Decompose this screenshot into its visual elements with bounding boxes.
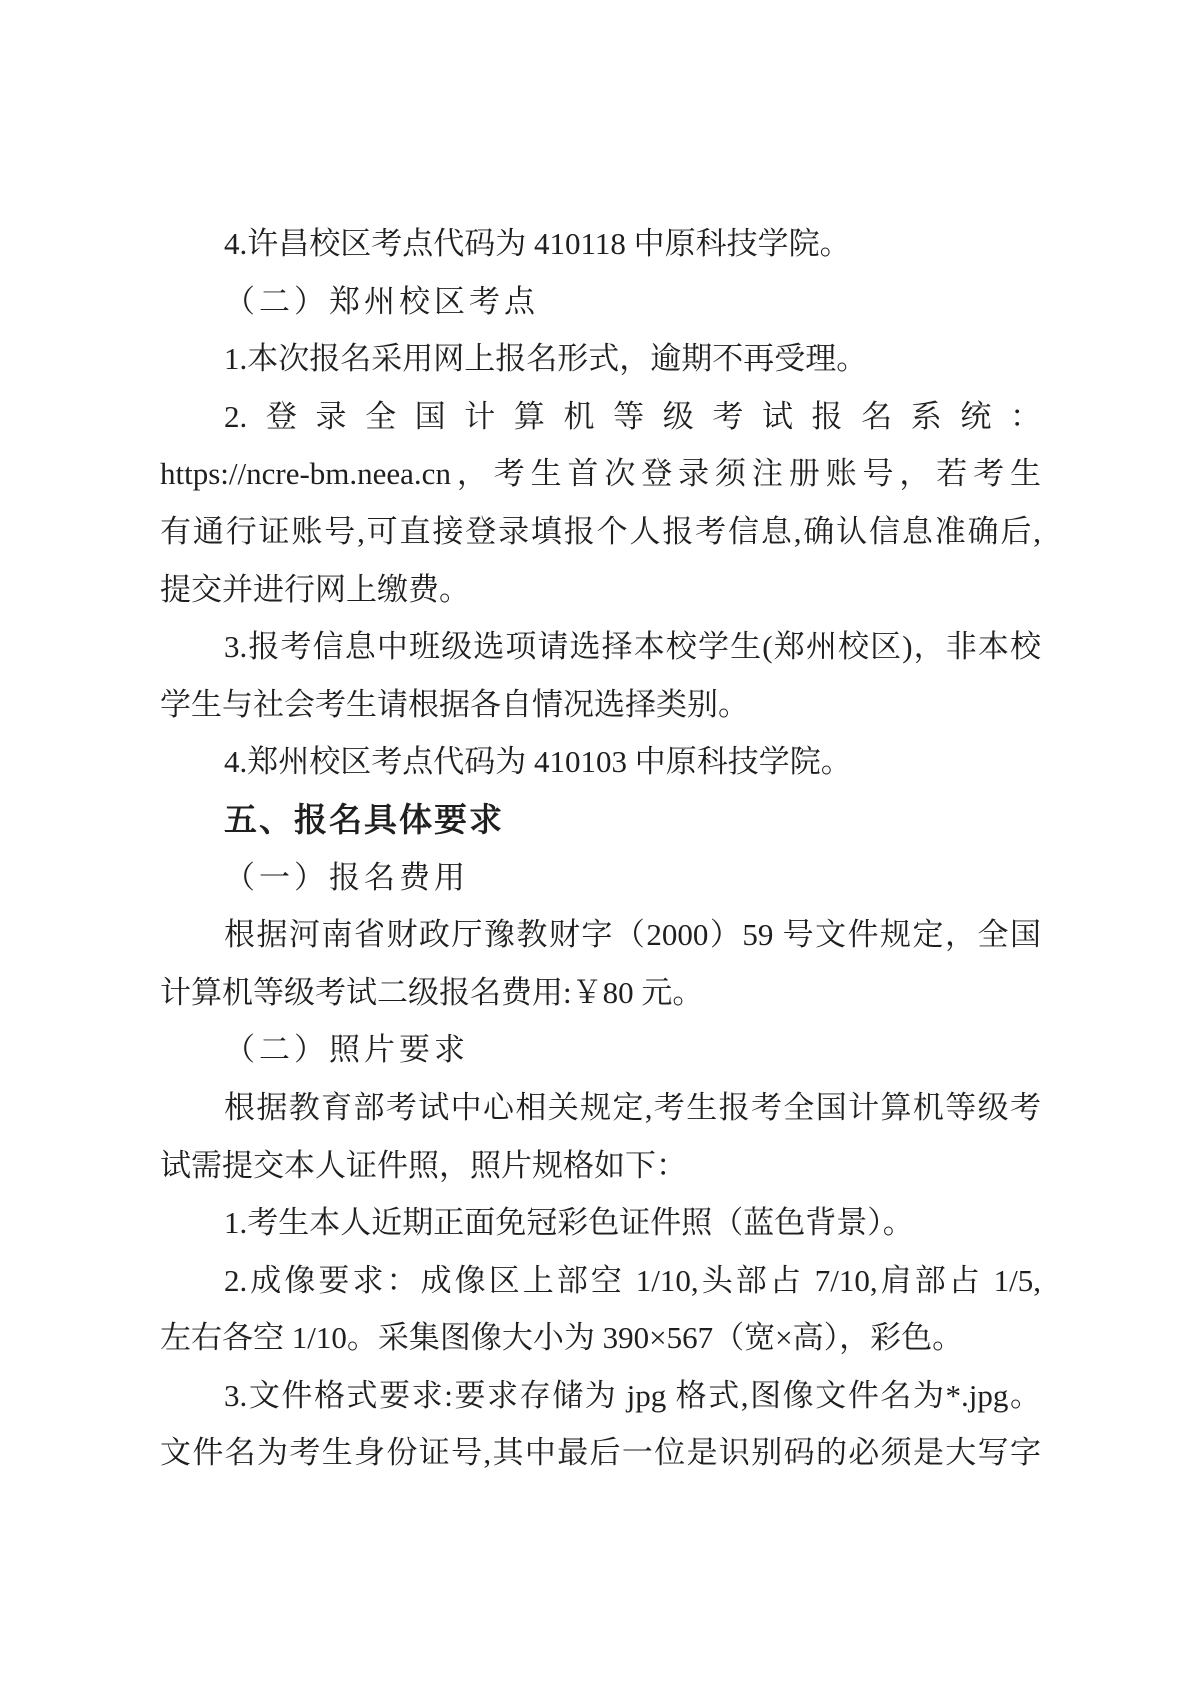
subsection-heading-zhengzhou-site: （二）郑州校区考点 bbox=[160, 273, 1041, 331]
text-line-registration-url: https://ncre-bm.neea.cn，考生首次登录须注册账号，若考生 bbox=[160, 445, 1041, 503]
text-line-photo-spec-intro: 试需提交本人证件照，照片规格如下： bbox=[160, 1137, 1041, 1195]
text-line-photo-size: 左右各空 1/10。采集图像大小为 390×567（宽×高），彩色。 bbox=[160, 1309, 1041, 1367]
text-line-fee-regulation: 根据河南省财政厅豫教财字（2000）59 号文件规定，全国 bbox=[160, 906, 1041, 964]
subsection-heading-photo: （二）照片要求 bbox=[160, 1021, 1041, 1079]
text-line-exam-site-code-zhengzhou: 4.郑州校区考点代码为 410103 中原科技学院。 bbox=[160, 733, 1041, 791]
text-line-photo-requirement-2: 2.成像要求：成像区上部空 1/10,头部占 7/10,肩部占 1/5, bbox=[160, 1252, 1041, 1310]
text-line-exam-site-code-xuchang: 4.许昌校区考点代码为 410118 中原科技学院。 bbox=[160, 215, 1041, 273]
text-line-fee-amount: 计算机等级考试二级报名费用:￥80 元。 bbox=[160, 964, 1041, 1022]
text-line-account-info: 有通行证账号,可直接登录填报个人报考信息,确认信息准确后, bbox=[160, 503, 1041, 561]
text-line-category-choice: 学生与社会考生请根据各自情况选择类别。 bbox=[160, 676, 1041, 734]
text-line-class-option: 3.报考信息中班级选项请选择本校学生(郑州校区)，非本校 bbox=[160, 618, 1041, 676]
text-line-photo-requirement-1: 1.考生本人近期正面免冠彩色证件照（蓝色背景）。 bbox=[160, 1194, 1041, 1252]
subsection-heading-fee: （一）报名费用 bbox=[160, 849, 1041, 907]
text-line-submit-payment: 提交并进行网上缴费。 bbox=[160, 561, 1041, 619]
text-line-file-name: 文件名为考生身份证号,其中最后一位是识别码的必须是大写字 bbox=[160, 1424, 1041, 1482]
text-line-file-format: 3.文件格式要求:要求存储为 jpg 格式,图像文件名为*.jpg。 bbox=[160, 1367, 1041, 1425]
text-line-photo-regulation: 根据教育部考试中心相关规定,考生报考全国计算机等级考 bbox=[160, 1079, 1041, 1137]
document-page: 4.许昌校区考点代码为 410118 中原科技学院。 （二）郑州校区考点 1.本… bbox=[0, 0, 1191, 1684]
section-heading-requirements: 五、报名具体要求 bbox=[160, 791, 1041, 849]
text-line-login-system: 2.登录全国计算机等级考试报名系统： bbox=[160, 388, 1041, 446]
text-line-online-registration: 1.本次报名采用网上报名形式，逾期不再受理。 bbox=[160, 330, 1041, 388]
